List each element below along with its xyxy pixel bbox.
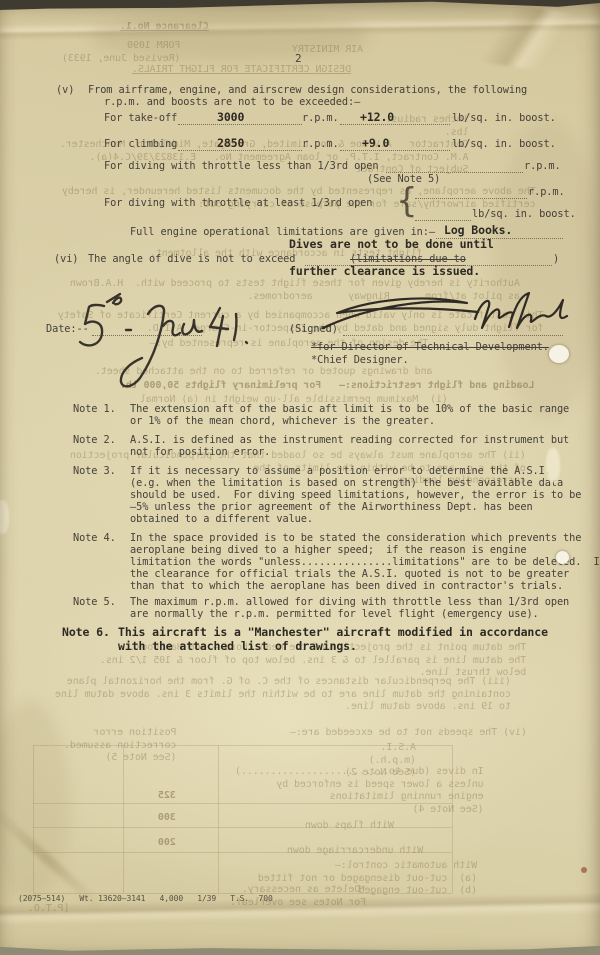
scan-backdrop: Clearance No.1. AIR MINISTRY FORM 1090 (…: [0, 0, 600, 955]
section-v-line1: From airframe, engine, and airscrew desi…: [88, 84, 527, 96]
table-rule: [123, 745, 124, 893]
insert-line-1: Dives are not to be done until: [289, 238, 494, 251]
bleedthrough-value: 325: [158, 790, 176, 803]
note-2-text: A.S.I. is defined as the instrument read…: [130, 434, 569, 458]
paren-close: ): [553, 253, 559, 265]
rpm-unit: r.p.m.: [302, 138, 339, 150]
section-vi-text: The angle of dive is not to exceed: [88, 253, 295, 265]
table-rule: [33, 803, 452, 804]
rpm-unit: r.p.m.: [302, 112, 339, 124]
note-3-label: Note 3.: [73, 465, 116, 477]
date-handwriting: [60, 290, 255, 398]
note-6-text: This aircraft is a "Manchester" aircraft…: [118, 626, 548, 653]
edge-tear: [546, 448, 560, 482]
punch-hole: [556, 551, 569, 564]
section-v-line2: r.p.m. and boosts are not to be exceeded…: [104, 96, 360, 108]
bleedthrough-text: (iii) The perpendicular distances of the…: [55, 676, 511, 714]
dotted-leader: [340, 112, 450, 125]
stain: [90, 12, 370, 60]
climb-boost-value: +9.0: [362, 137, 389, 150]
takeoff-label: For take-off: [104, 112, 177, 124]
document-page: Clearance No.1. AIR MINISTRY FORM 1090 (…: [0, 0, 600, 955]
note-5-label: Note 5.: [73, 596, 116, 608]
print-code: (2075—514) Wt. 13620—3141 4,000 1/39 T.S…: [18, 893, 273, 905]
dotted-leader: [386, 160, 523, 173]
table-rule: [33, 827, 452, 828]
note-6-label: Note 6.: [62, 626, 110, 640]
table-rule: [452, 745, 453, 893]
logbooks-value: Log Books.: [444, 224, 512, 237]
note-5-text: The maximum r.p.m. allowed for diving wi…: [130, 596, 569, 620]
boost-unit: lb/sq. in. boost.: [472, 208, 576, 220]
table-rule: [33, 745, 452, 746]
stain: [0, 700, 70, 900]
rpm-unit: r.p.m.: [528, 186, 565, 198]
punch-hole: [549, 345, 569, 363]
note-4-text: In the space provided is to be stated th…: [130, 532, 600, 592]
ink-spot: [581, 867, 587, 873]
climb-label: For climbing: [104, 138, 177, 150]
section-vi-label: (vi): [54, 253, 78, 265]
edge-tear: [0, 500, 9, 534]
chief-designer-title: *Chief Designer.: [311, 354, 409, 366]
note-3-text: If it is necessary to assume a position …: [130, 465, 581, 525]
signature-handwriting: [315, 286, 580, 346]
dotted-leader: [415, 208, 471, 221]
rpm-unit: r.p.m.: [524, 160, 561, 172]
bleedthrough-text: In dives (due to........................…: [235, 766, 484, 816]
section-v-label: (v): [56, 84, 74, 96]
takeoff-boost-value: +12.0: [360, 111, 394, 124]
bleedthrough-text: (iv) The speeds not to be exceeded are:—: [290, 727, 527, 740]
table-rule: [33, 852, 452, 853]
dive-low-label: For diving with throttle less than 1/3rd…: [104, 160, 378, 172]
bleedthrough-text: DESIGN CERTIFICATE FOR FLIGHT TRIALS.: [132, 64, 351, 77]
page-number: 2: [295, 53, 302, 65]
note-4-label: Note 4.: [73, 532, 116, 544]
note-1-text: The extension aft of the basic aft limit…: [130, 403, 569, 427]
insert-line-2: further clearance is issued.: [289, 265, 480, 278]
note-1-label: Note 1.: [73, 403, 116, 415]
boost-unit: lb/sq. in. boost.: [452, 138, 556, 150]
dotted-leader: [415, 186, 527, 199]
bleedthrough-value: 300: [158, 812, 176, 825]
boost-unit: lb/sq. in. boost.: [452, 112, 556, 124]
crease: [405, 0, 600, 86]
takeoff-rpm-value: 3000: [217, 111, 244, 124]
climb-rpm-value: 2850: [217, 137, 244, 150]
table-rule: [218, 745, 219, 893]
dotted-leader: [340, 138, 450, 151]
bleedthrough-value: 200: [158, 837, 176, 850]
note-2-label: Note 2.: [73, 434, 116, 446]
dive-high-label: For diving with throttle at least 1/3rd …: [104, 197, 372, 209]
